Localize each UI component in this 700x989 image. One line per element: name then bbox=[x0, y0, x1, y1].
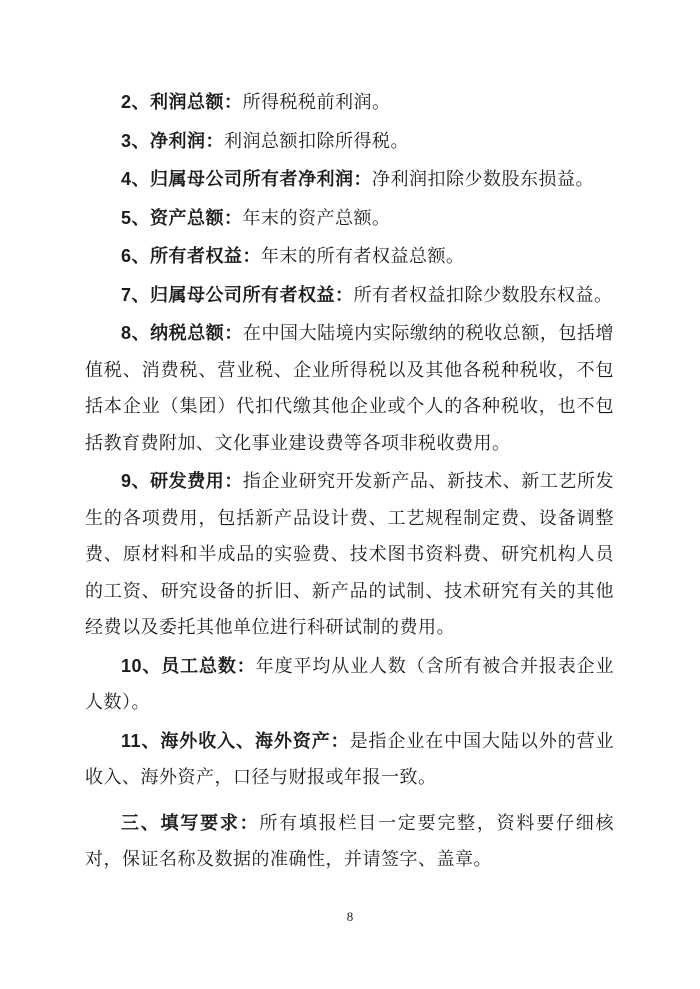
definition-item-7: 7、归属母公司所有者权益：所有者权益扣除少数股东权益。 bbox=[85, 277, 614, 314]
definition-number: 7、 bbox=[121, 285, 150, 305]
definition-term: 8、纳税总额： bbox=[121, 323, 243, 343]
section-filling-requirements: 三、填写要求：所有填报栏目一定要完整，资料要仔细核对，保证名称及数据的准确性，并… bbox=[85, 805, 614, 878]
definition-term: 6、所有者权益： bbox=[121, 246, 261, 266]
definition-term: 9、研发费用： bbox=[121, 471, 243, 491]
definition-text: 指企业研究开发新产品、新技术、新工艺所发生的各项费用，包括新产品设计费、工艺规程… bbox=[85, 471, 614, 637]
definition-term: 4、归属母公司所有者净利润： bbox=[121, 169, 372, 189]
definition-term: 2、利润总额： bbox=[121, 92, 243, 112]
section-term: 三、填写要求： bbox=[121, 813, 259, 833]
definition-text: 净利润扣除少数股东损益。 bbox=[372, 169, 594, 189]
definition-term: 10、员工总数： bbox=[121, 656, 256, 676]
definition-term-label: 纳税总额： bbox=[150, 323, 243, 343]
definition-item-4: 4、归属母公司所有者净利润：净利润扣除少数股东损益。 bbox=[85, 161, 614, 198]
section-number: 三、 bbox=[121, 813, 161, 833]
definition-item-11: 11、海外收入、海外资产：是指企业在中国大陆以外的营业收入、海外资产，口径与财报… bbox=[85, 723, 614, 796]
document-page: 2、利润总额：所得税税前利润。 3、净利润：利润总额扣除所得税。 4、归属母公司… bbox=[0, 0, 700, 989]
definition-term: 7、归属母公司所有者权益： bbox=[121, 285, 354, 305]
definition-term: 5、资产总额： bbox=[121, 208, 243, 228]
definition-number: 5、 bbox=[121, 208, 150, 228]
definition-item-8: 8、纳税总额：在中国大陆境内实际缴纳的税收总额，包括增值税、消费税、营业税、企业… bbox=[85, 315, 614, 461]
definition-text: 年末的所有者权益总额。 bbox=[261, 246, 465, 266]
definition-number: 6、 bbox=[121, 246, 150, 266]
definition-number: 11、 bbox=[121, 731, 160, 751]
definition-item-2: 2、利润总额：所得税税前利润。 bbox=[85, 84, 614, 121]
section-term-label: 填写要求： bbox=[161, 813, 260, 833]
page-number: 8 bbox=[0, 908, 700, 926]
definition-number: 2、 bbox=[121, 92, 150, 112]
definition-term-label: 研发费用： bbox=[150, 471, 243, 491]
definition-number: 9、 bbox=[121, 471, 150, 491]
definition-number: 8、 bbox=[121, 323, 150, 343]
definition-term-label: 归属母公司所有者净利润： bbox=[150, 169, 372, 189]
definition-term-label: 所有者权益： bbox=[150, 246, 261, 266]
definition-term-label: 员工总数： bbox=[161, 656, 255, 676]
definition-term-label: 海外收入、海外资产： bbox=[160, 731, 349, 751]
definition-text: 所得税税前利润。 bbox=[243, 92, 391, 112]
definition-item-3: 3、净利润：利润总额扣除所得税。 bbox=[85, 123, 614, 160]
definition-item-6: 6、所有者权益：年末的所有者权益总额。 bbox=[85, 238, 614, 275]
definition-term-label: 净利润： bbox=[150, 131, 224, 151]
document-body: 2、利润总额：所得税税前利润。 3、净利润：利润总额扣除所得税。 4、归属母公司… bbox=[85, 84, 614, 880]
definition-text: 利润总额扣除所得税。 bbox=[224, 131, 409, 151]
definition-item-10: 10、员工总数：年度平均从业人数（含所有被合并报表企业人数）。 bbox=[85, 648, 614, 721]
definition-number: 3、 bbox=[121, 131, 150, 151]
definition-term-label: 归属母公司所有者权益： bbox=[150, 285, 354, 305]
definition-number: 4、 bbox=[121, 169, 150, 189]
definition-number: 10、 bbox=[121, 656, 161, 676]
definition-item-9: 9、研发费用：指企业研究开发新产品、新技术、新工艺所发生的各项费用，包括新产品设… bbox=[85, 463, 614, 646]
definition-term: 11、海外收入、海外资产： bbox=[121, 731, 350, 751]
definition-term: 3、净利润： bbox=[121, 131, 224, 151]
definition-text: 所有者权益扣除少数股东权益。 bbox=[354, 285, 613, 305]
definition-item-5: 5、资产总额：年末的资产总额。 bbox=[85, 200, 614, 237]
definition-text: 年末的资产总额。 bbox=[243, 208, 391, 228]
definition-term-label: 资产总额： bbox=[150, 208, 243, 228]
definition-term-label: 利润总额： bbox=[150, 92, 243, 112]
